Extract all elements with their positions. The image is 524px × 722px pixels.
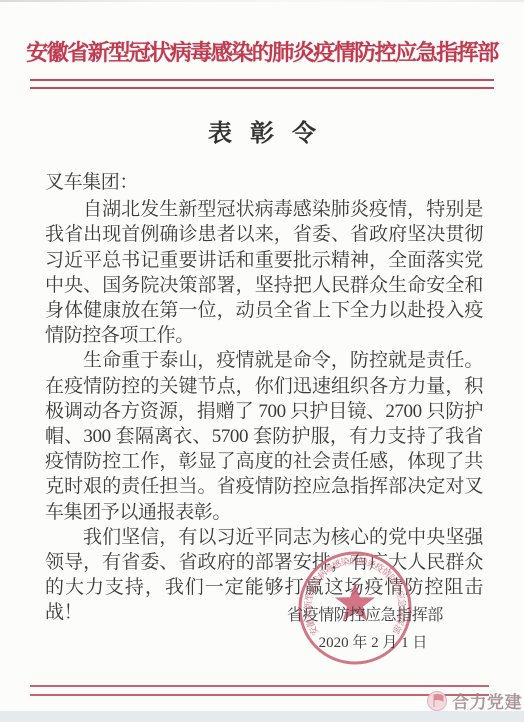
party-logo-text: 合力党建 bbox=[452, 688, 522, 713]
letterhead-org-name: 安徽省新型冠状病毒感染的肺炎疫情防控应急指挥部 bbox=[0, 36, 524, 67]
letterhead-divider bbox=[30, 79, 494, 89]
paragraph-2: 生命重于泰山，疫情就是命令，防控就是责任。在疫情防控的关键节点，你们迅速组织各方… bbox=[45, 348, 483, 524]
salutation: 叉车集团： bbox=[45, 170, 483, 195]
document-page: 安徽省新型冠状病毒感染的肺炎疫情防控应急指挥部 表彰令 叉车集团： 自湖北发生新… bbox=[0, 0, 524, 722]
document-title: 表彰令 bbox=[0, 113, 524, 148]
signature-date: 2020 年 2 月 1 日 bbox=[317, 631, 429, 652]
document-body: 叉车集团： 自湖北发生新型冠状病毒感染肺炎疫情，特别是我省出现首例确诊患者以来，… bbox=[45, 170, 483, 626]
scan-edge-top bbox=[0, 0, 524, 2]
party-flag-icon bbox=[426, 690, 448, 712]
scan-edge-bottom bbox=[0, 711, 524, 722]
signature-org: 省疫情防控应急指挥部 bbox=[287, 602, 443, 625]
party-logo: 合力党建 bbox=[426, 688, 522, 713]
paragraph-1: 自湖北发生新型冠状病毒感染肺炎疫情，特别是我省出现首例确诊患者以来，省委、省政府… bbox=[45, 197, 483, 348]
footer-divider bbox=[30, 685, 489, 696]
